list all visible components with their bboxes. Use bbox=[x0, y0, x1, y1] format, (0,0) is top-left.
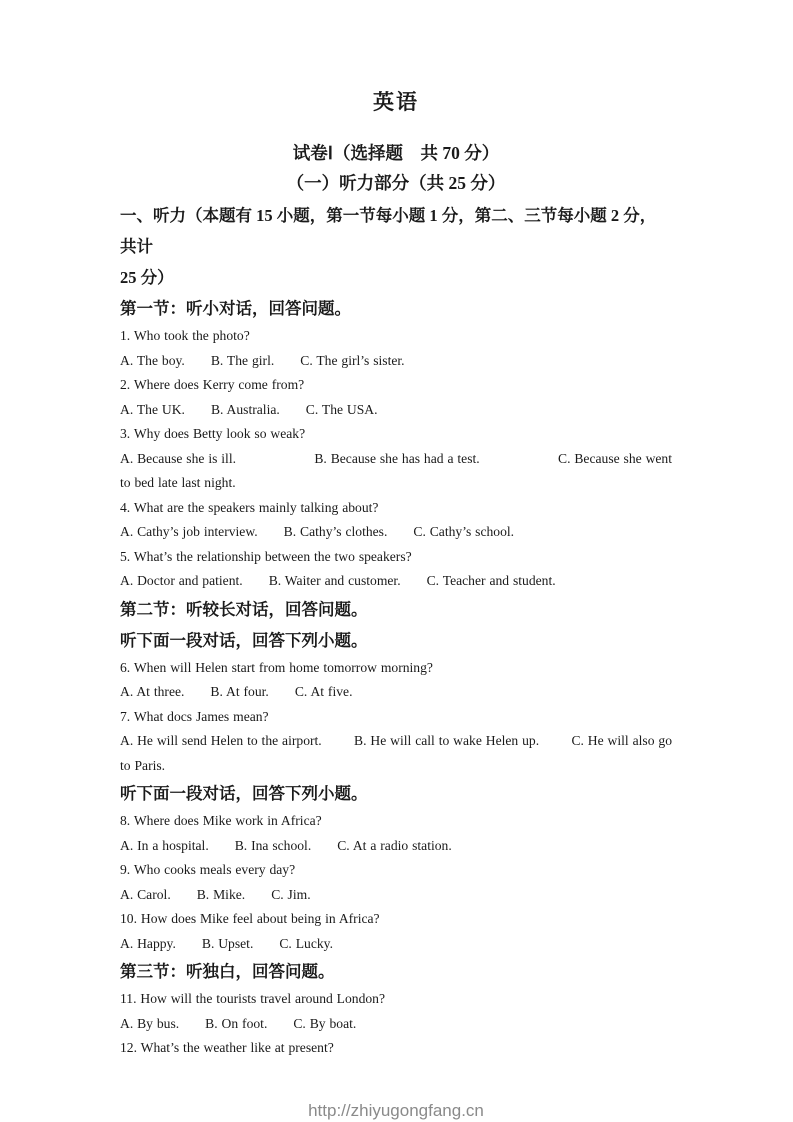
section2-dialog2-instruction: 听下面一段对话，回答下列小题。 bbox=[120, 778, 672, 809]
question-4-option-a: A. Cathy’s job interview. bbox=[120, 520, 258, 545]
exam-paper-page: 英语 试卷Ⅰ（选择题 共 70 分） （一）听力部分（共 25 分） 一、听力（… bbox=[0, 0, 793, 1122]
question-5-option-c: C. Teacher and student. bbox=[427, 569, 556, 594]
question-9-option-a: A. Carol. bbox=[120, 883, 171, 908]
question-10-option-a: A. Happy. bbox=[120, 932, 176, 957]
question-10-text: 10. How does Mike feel about being in Af… bbox=[120, 907, 672, 932]
question-2-text: 2. Where does Kerry come from? bbox=[120, 373, 672, 398]
section-1: 第一节：听小对话，回答问题。 1. Who took the photo? A.… bbox=[120, 293, 672, 594]
question-6-option-b: B. At four. bbox=[210, 680, 268, 705]
question-4-text: 4. What are the speakers mainly talking … bbox=[120, 496, 672, 521]
section-3: 第三节：听独白，回答问题。 11. How will the tourists … bbox=[120, 956, 672, 1061]
exam-content: 英语 试卷Ⅰ（选择题 共 70 分） （一）听力部分（共 25 分） 一、听力（… bbox=[0, 0, 793, 1121]
question-10-option-c: C. Lucky. bbox=[279, 932, 333, 957]
question-6-options: A. At three. B. At four. C. At five. bbox=[120, 680, 672, 705]
section1-heading: 第一节：听小对话，回答问题。 bbox=[120, 293, 672, 324]
question-5-options: A. Doctor and patient. B. Waiter and cus… bbox=[120, 569, 672, 594]
question-6-option-a: A. At three. bbox=[120, 680, 184, 705]
question-9-options: A. Carol. B. Mike. C. Jim. bbox=[120, 883, 672, 908]
section3-heading: 第三节：听独白，回答问题。 bbox=[120, 956, 672, 987]
question-2-option-b: B. Australia. bbox=[211, 398, 280, 423]
question-8-option-c: C. At a radio station. bbox=[337, 834, 452, 859]
question-5-option-b: B. Waiter and customer. bbox=[269, 569, 401, 594]
question-11-options: A. By bus. B. On foot. C. By boat. bbox=[120, 1012, 672, 1037]
question-6-option-c: C. At five. bbox=[295, 680, 353, 705]
question-3-option-a: A. Because she is ill. bbox=[120, 447, 236, 472]
question-11-option-a: A. By bus. bbox=[120, 1012, 179, 1037]
question-1-option-b: B. The girl. bbox=[211, 349, 274, 374]
question-4-option-b: B. Cathy’s clothes. bbox=[284, 520, 388, 545]
question-7-option-c: C. He will also go bbox=[571, 729, 672, 754]
question-8-option-b: B. Ina school. bbox=[235, 834, 312, 859]
question-11-option-c: C. By boat. bbox=[293, 1012, 356, 1037]
question-7-text: 7. What docs James mean? bbox=[120, 705, 672, 730]
part-heading: （一）听力部分（共 25 分） bbox=[120, 168, 672, 198]
question-5-option-a: A. Doctor and patient. bbox=[120, 569, 243, 594]
question-10-options: A. Happy. B. Upset. C. Lucky. bbox=[120, 932, 672, 957]
question-7-option-a: A. He will send Helen to the airport. bbox=[120, 729, 322, 754]
question-1-option-c: C. The girl’s sister. bbox=[300, 349, 404, 374]
page-title: 英语 bbox=[120, 86, 672, 118]
paper-heading: 试卷Ⅰ（选择题 共 70 分） bbox=[120, 138, 672, 168]
question-9-text: 9. Who cooks meals every day? bbox=[120, 858, 672, 883]
question-11-text: 11. How will the tourists travel around … bbox=[120, 987, 672, 1012]
question-1-text: 1. Who took the photo? bbox=[120, 324, 672, 349]
section2-dialog1-instruction: 听下面一段对话，回答下列小题。 bbox=[120, 625, 672, 656]
question-8-option-a: A. In a hospital. bbox=[120, 834, 209, 859]
question-11-option-b: B. On foot. bbox=[205, 1012, 267, 1037]
question-4-option-c: C. Cathy’s school. bbox=[413, 520, 514, 545]
question-7-option-b: B. He will call to wake Helen up. bbox=[354, 729, 539, 754]
question-1-option-a: A. The boy. bbox=[120, 349, 185, 374]
question-10-option-b: B. Upset. bbox=[202, 932, 253, 957]
question-6-text: 6. When will Helen start from home tomor… bbox=[120, 656, 672, 681]
question-1-options: A. The boy. B. The girl. C. The girl’s s… bbox=[120, 349, 672, 374]
question-3-option-c-wrap: to bed late last night. bbox=[120, 471, 672, 496]
question-7-options: A. He will send Helen to the airport. B.… bbox=[120, 729, 672, 754]
question-8-text: 8. Where does Mike work in Africa? bbox=[120, 809, 672, 834]
listening-instruction-line1: 一、听力（本题有 15 小题，第一节每小题 1 分，第二、三节每小题 2 分，共… bbox=[120, 200, 672, 262]
question-4-options: A. Cathy’s job interview. B. Cathy’s clo… bbox=[120, 520, 672, 545]
question-2-option-a: A. The UK. bbox=[120, 398, 185, 423]
footer-watermark-url: http://zhiyugongfang.cn bbox=[120, 1101, 672, 1121]
question-3-option-b: B. Because she has had a test. bbox=[314, 447, 479, 472]
question-12-text: 12. What’s the weather like at present? bbox=[120, 1036, 672, 1061]
question-9-option-c: C. Jim. bbox=[271, 883, 310, 908]
listening-instruction-line2: 25 分） bbox=[120, 262, 672, 293]
question-3-option-c: C. Because she went bbox=[558, 447, 672, 472]
question-2-option-c: C. The USA. bbox=[306, 398, 378, 423]
question-5-text: 5. What’s the relationship between the t… bbox=[120, 545, 672, 570]
question-9-option-b: B. Mike. bbox=[197, 883, 245, 908]
question-3-text: 3. Why does Betty look so weak? bbox=[120, 422, 672, 447]
question-8-options: A. In a hospital. B. Ina school. C. At a… bbox=[120, 834, 672, 859]
section2-heading: 第二节：听较长对话，回答问题。 bbox=[120, 594, 672, 625]
question-2-options: A. The UK. B. Australia. C. The USA. bbox=[120, 398, 672, 423]
question-3-options: A. Because she is ill. B. Because she ha… bbox=[120, 447, 672, 472]
section-2: 第二节：听较长对话，回答问题。 听下面一段对话，回答下列小题。 6. When … bbox=[120, 594, 672, 957]
question-7-option-c-wrap: to Paris. bbox=[120, 754, 672, 779]
